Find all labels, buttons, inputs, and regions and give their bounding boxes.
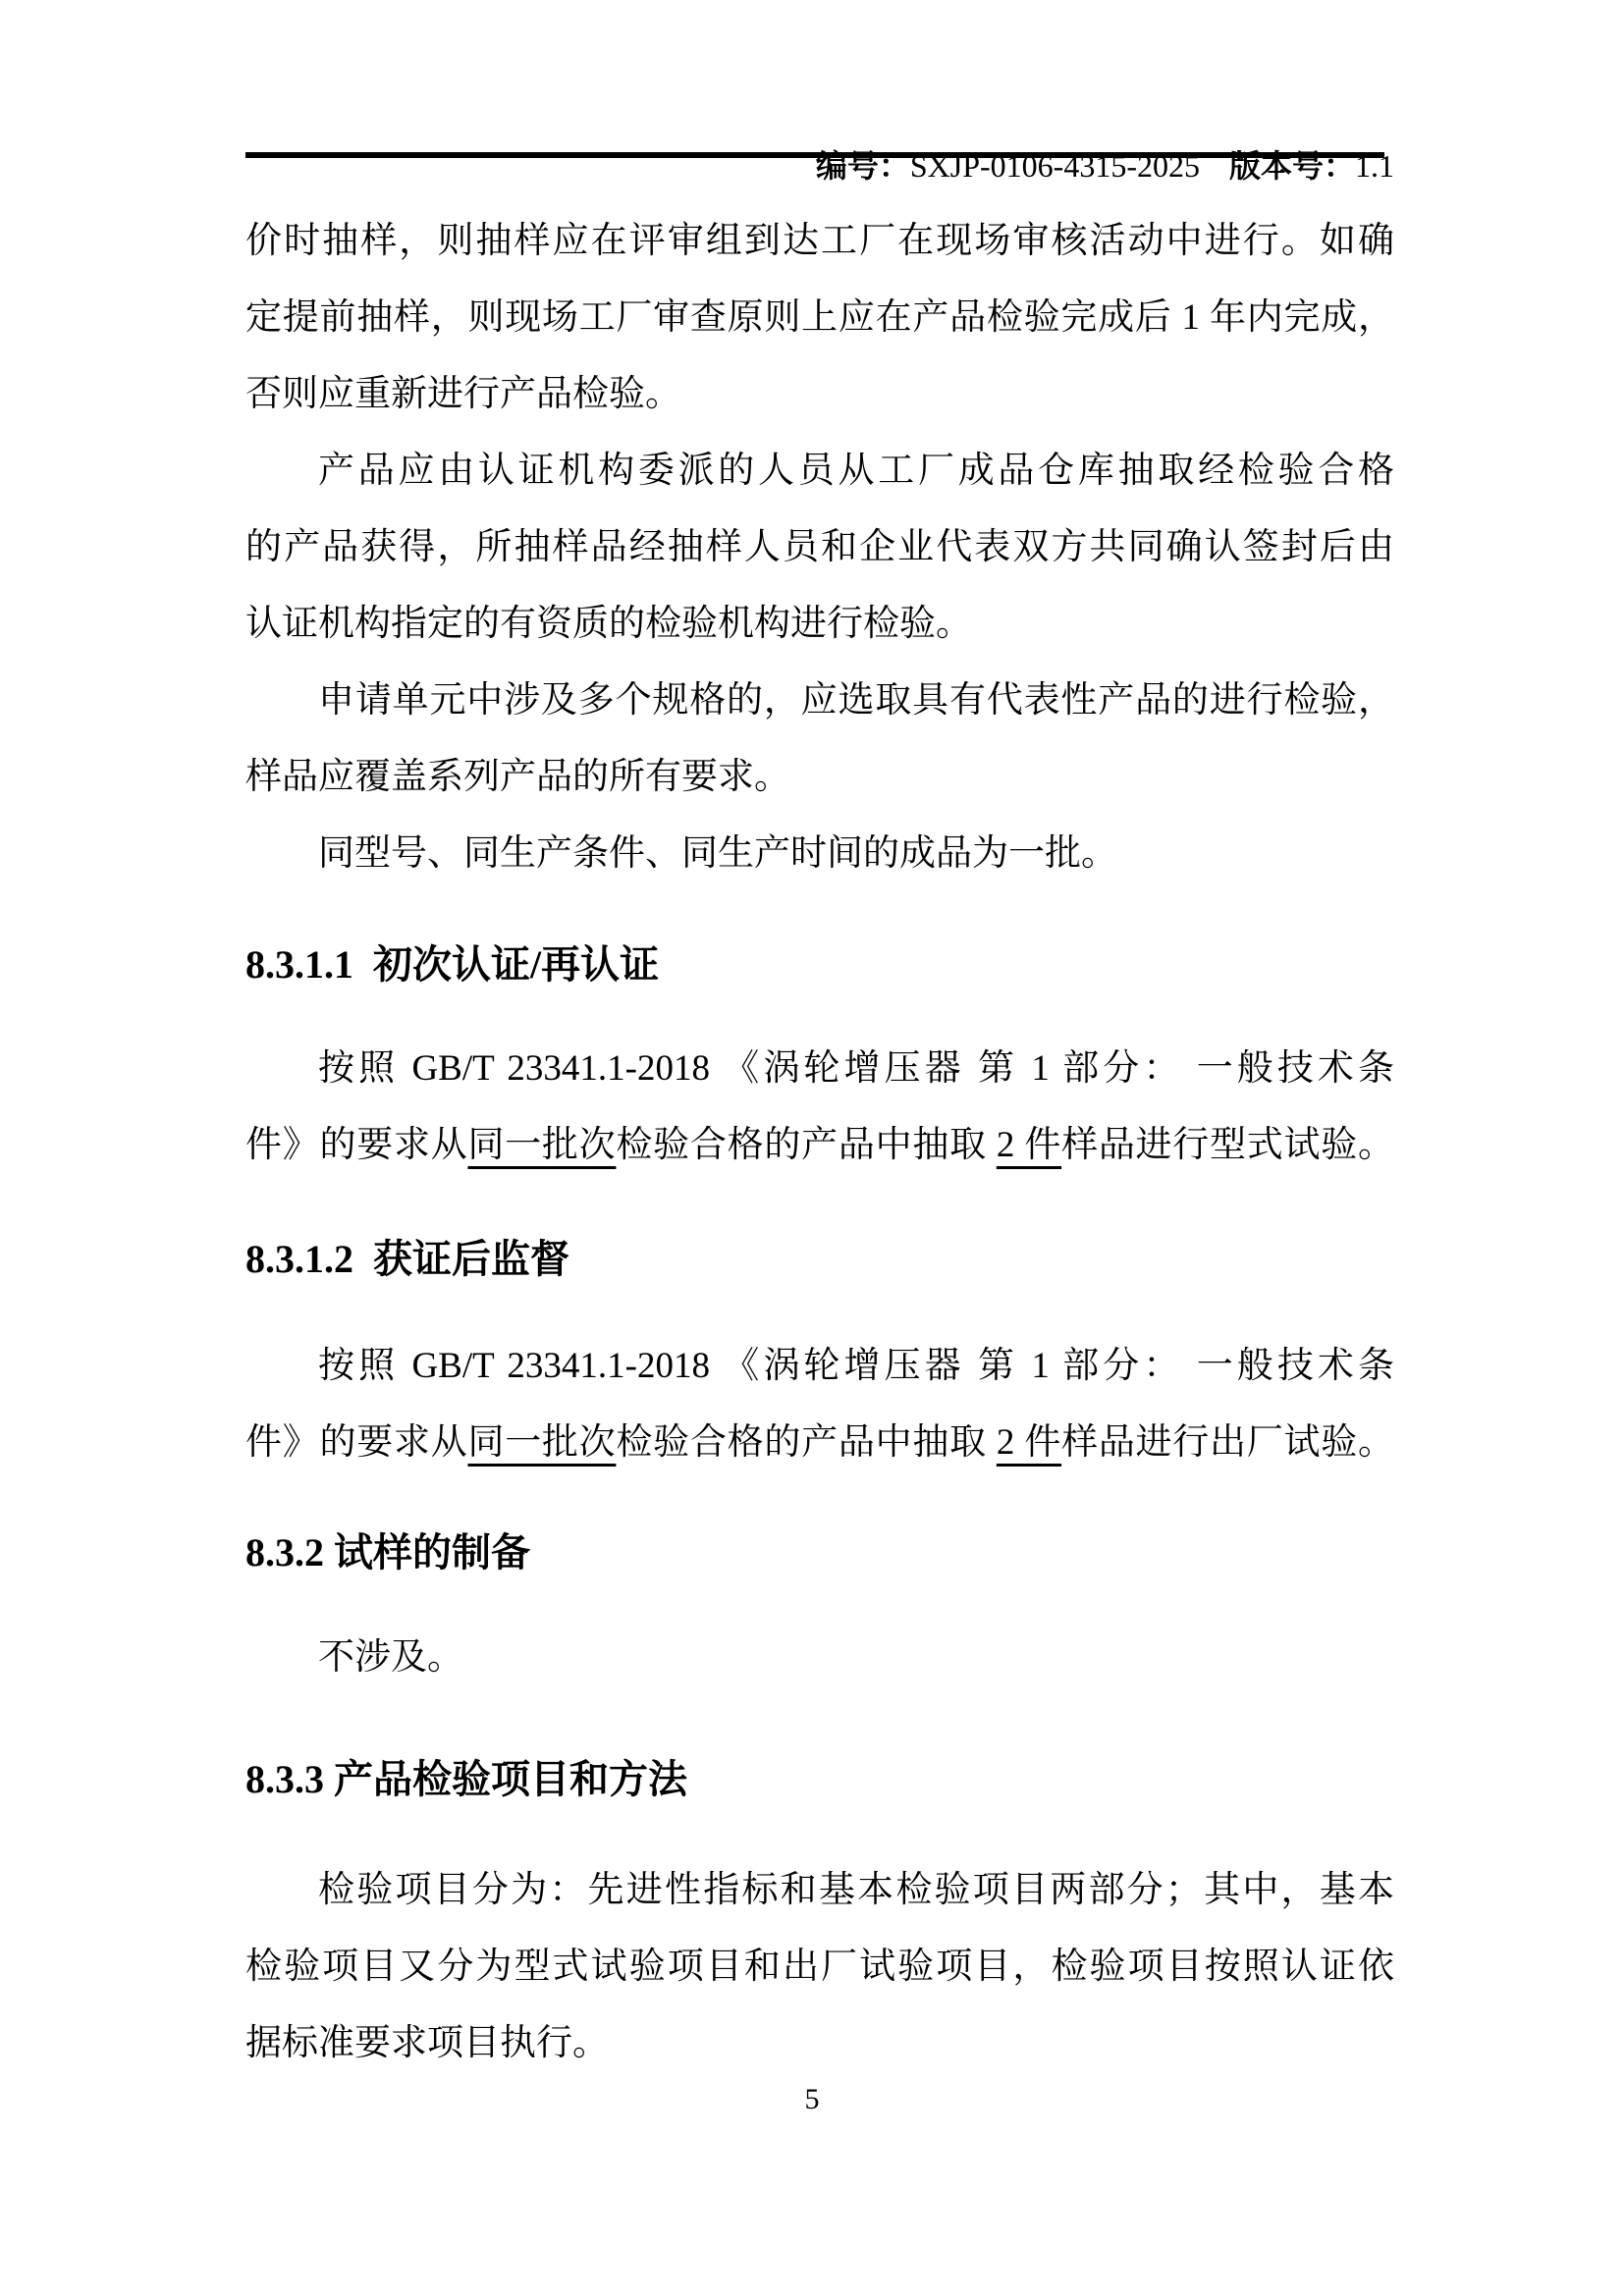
paragraph-line: 按照 GB/T 23341.1-2018 《涡轮增压器 第 1 部分： 一般技术…: [245, 1328, 1394, 1405]
underlined-text-run: 同一批次: [467, 1422, 616, 1463]
paragraph-8-3-1-1: 按照 GB/T 23341.1-2018 《涡轮增压器 第 1 部分： 一般技术…: [245, 1031, 1394, 1184]
paragraph-8-3-3: 检验项目分为：先进性指标和基本检验项目两部分；其中，基本 检验项目又分为型式试验…: [245, 1852, 1394, 2082]
paragraph-line: 检验项目又分为型式试验项目和出厂试验项目，检验项目按照认证依: [245, 1929, 1394, 2005]
section-heading-8-3-1-1: 8.3.1.1 初次认证/再认证: [245, 937, 1394, 992]
paragraph-line: 件》的要求从同一批次检验合格的产品中抽取 2 件样品进行出厂试验。: [245, 1405, 1394, 1481]
document-page: 编号：SXJP-0106-4315-2025版本号：1.1 价时抽样，则抽样应在…: [0, 0, 1624, 2296]
underlined-text-run: 2 件: [997, 1125, 1061, 1165]
paragraph-1: 价时抽样，则抽样应在评审组到达工厂在现场审核活动中进行。如确 定提前抽样，则现场…: [245, 203, 1394, 433]
paragraph-line: 样品应覆盖系列产品的所有要求。: [245, 739, 1394, 816]
section-heading-8-3-3: 8.3.3 产品检验项目和方法: [245, 1752, 1394, 1807]
text-run: 检验合格的产品中抽取: [616, 1422, 996, 1463]
paragraph-line: 定提前抽样，则现场工厂审查原则上应在产品检验完成后 1 年内完成，: [245, 280, 1394, 356]
underlined-text-run: 同一批次: [467, 1125, 616, 1165]
body-text: 价时抽样，则抽样应在评审组到达工厂在现场审核活动中进行。如确 定提前抽样，则现场…: [245, 203, 1394, 892]
paragraph-line: 的产品获得，所抽样品经抽样人员和企业代表双方共同确认签封后由: [245, 509, 1394, 586]
paragraph-8-3-2: 不涉及。: [245, 1620, 1394, 1696]
paragraph-line: 按照 GB/T 23341.1-2018 《涡轮增压器 第 1 部分： 一般技术…: [245, 1031, 1394, 1107]
paragraph-line: 检验项目分为：先进性指标和基本检验项目两部分；其中，基本: [245, 1852, 1394, 1929]
paragraph-line: 据标准要求项目执行。: [245, 2005, 1394, 2082]
paragraph-line: 同型号、同生产条件、同生产时间的成品为一批。: [245, 816, 1394, 892]
paragraph-line: 不涉及。: [245, 1620, 1394, 1696]
page-number: 5: [0, 2079, 1624, 2120]
text-run: 检验合格的产品中抽取: [616, 1125, 996, 1165]
text-run: 件》的要求从: [245, 1125, 467, 1165]
paragraph-line: 否则应重新进行产品检验。: [245, 356, 1394, 433]
paragraph-line: 价时抽样，则抽样应在评审组到达工厂在现场审核活动中进行。如确: [245, 203, 1394, 280]
paragraph-3: 申请单元中涉及多个规格的，应选取具有代表性产品的进行检验， 样品应覆盖系列产品的…: [245, 663, 1394, 816]
header-rule: [245, 152, 1384, 158]
section-heading-8-3-2: 8.3.2 试样的制备: [245, 1525, 1394, 1580]
text-run: 样品进行出厂试验。: [1061, 1422, 1394, 1463]
paragraph-2: 产品应由认证机构委派的人员从工厂成品仓库抽取经检验合格 的产品获得，所抽样品经抽…: [245, 433, 1394, 663]
paragraph-line: 件》的要求从同一批次检验合格的产品中抽取 2 件样品进行型式试验。: [245, 1107, 1394, 1184]
section-heading-8-3-1-2: 8.3.1.2 获证后监督: [245, 1232, 1394, 1287]
paragraph-4: 同型号、同生产条件、同生产时间的成品为一批。: [245, 816, 1394, 892]
text-run: 样品进行型式试验。: [1061, 1125, 1394, 1165]
underlined-text-run: 2 件: [997, 1422, 1061, 1463]
paragraph-line: 产品应由认证机构委派的人员从工厂成品仓库抽取经检验合格: [245, 433, 1394, 509]
paragraph-line: 认证机构指定的有资质的检验机构进行检验。: [245, 586, 1394, 663]
paragraph-8-3-1-2: 按照 GB/T 23341.1-2018 《涡轮增压器 第 1 部分： 一般技术…: [245, 1328, 1394, 1481]
paragraph-line: 申请单元中涉及多个规格的，应选取具有代表性产品的进行检验，: [245, 663, 1394, 739]
text-run: 件》的要求从: [245, 1422, 467, 1463]
